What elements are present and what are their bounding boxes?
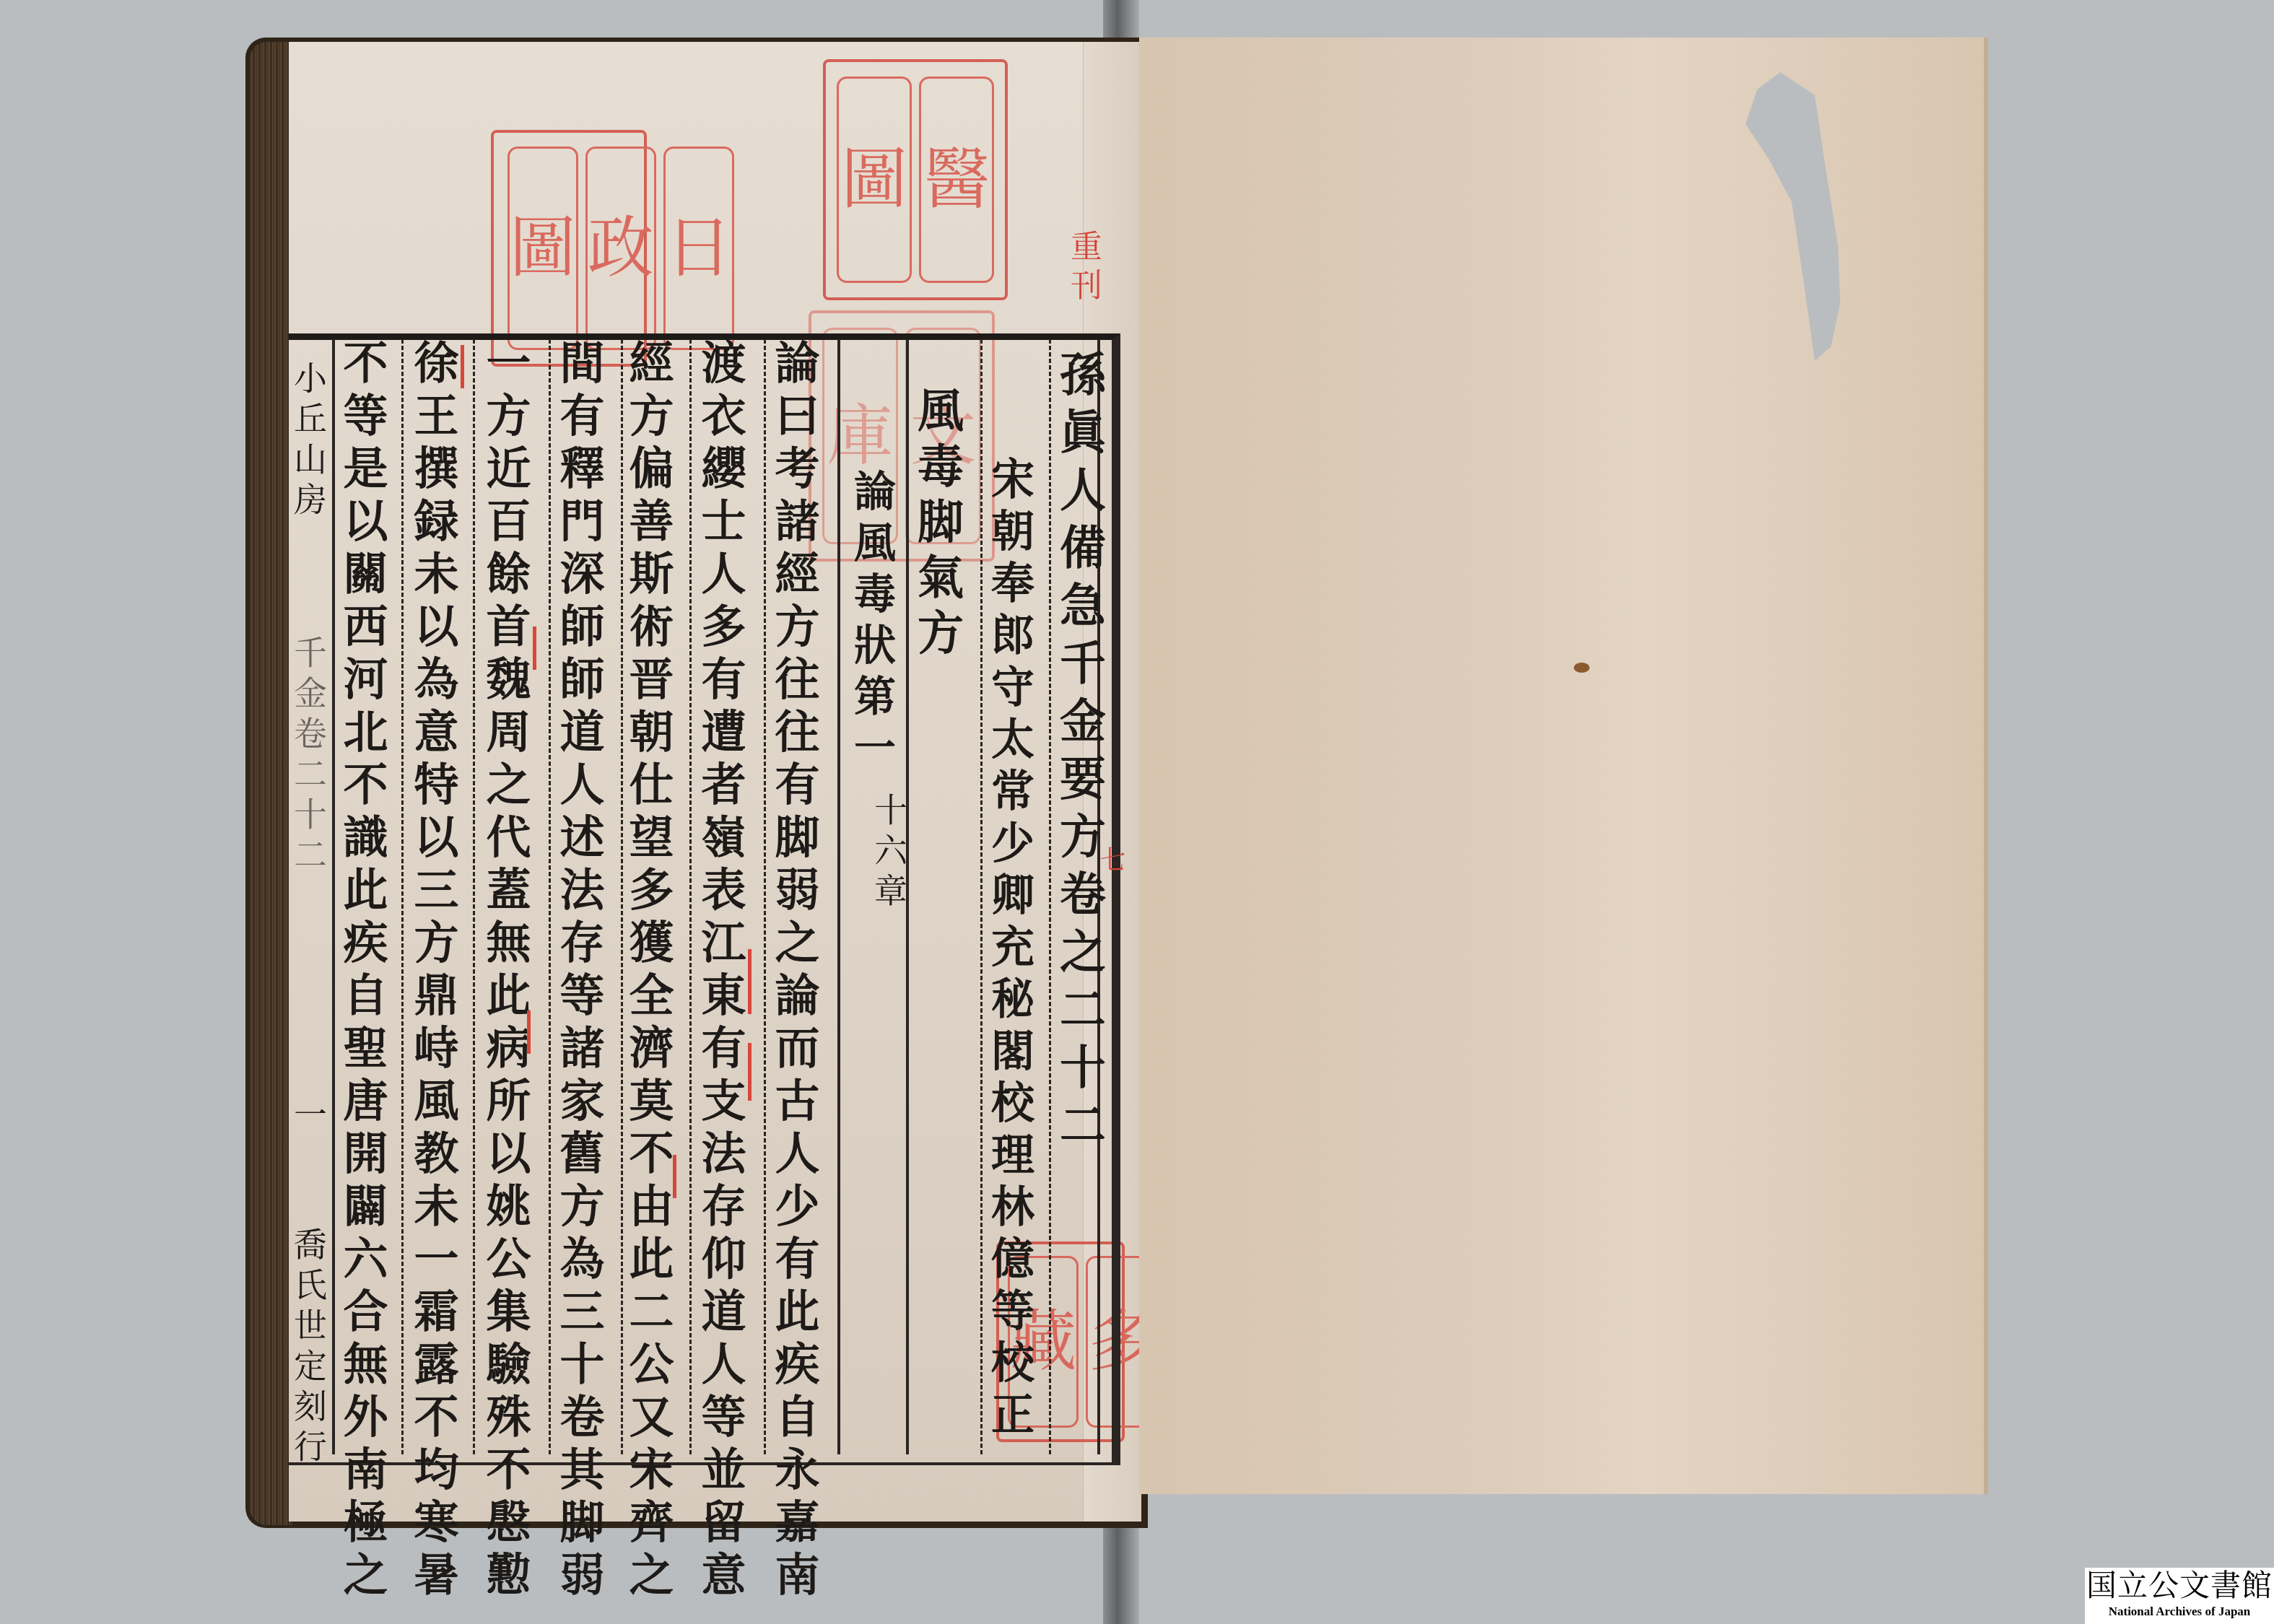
body-column-5: 一方近百餘首魏周之代蓋無此病所以姚公集驗殊不慇懃 <box>482 339 527 1604</box>
margin-note-jukan: 重刊 <box>1067 230 1099 307</box>
red-proper-noun-mark <box>533 627 536 670</box>
body-column-7: 不等是以關西河北不識此疾自聖唐開闢六合無外南極之 <box>339 339 384 1604</box>
margin-studio-name: 小丘山房 <box>292 361 325 523</box>
column-rule <box>332 339 335 1454</box>
volume-title: 孫眞人備急千金要方卷之二十二 <box>1055 350 1102 1158</box>
red-proper-noun-mark <box>748 1043 752 1101</box>
column-rule <box>837 339 840 1454</box>
body-column-4: 間有釋門深師師道人述法存等諸家舊方為三十卷其脚弱 <box>556 339 601 1604</box>
column-rule <box>401 339 404 1454</box>
blank-endpaper <box>1139 38 1988 1494</box>
body-column-2: 渡衣纓士人多有遭者嶺表江東有支法存仰道人等並留意 <box>697 339 742 1604</box>
column-rule <box>689 339 692 1454</box>
seal-igakukan-tosho: 圖醫 <box>823 59 1008 300</box>
body-column-6: 徐王撰録未以為意特以三方鼎峙風教未一霜露不均寒暑 <box>410 339 455 1604</box>
editor-credit: 宋朝奉郎守太常少卿充秘閣校理林億等校正 <box>988 456 1031 1444</box>
body-column-3: 經方偏善斯術晋朝仕望多獲全濟莫不由此二公又宋齊之 <box>625 339 670 1604</box>
chapter-heading: 風毒脚氣方 <box>913 386 959 664</box>
paper-stain <box>1574 663 1590 673</box>
red-proper-noun-mark <box>461 345 464 388</box>
red-proper-noun-mark <box>527 1010 531 1054</box>
column-rule <box>980 339 983 1454</box>
page-stack-edge <box>250 42 292 1525</box>
column-rule <box>764 339 766 1454</box>
body-column-1: 論曰考諸經方往往有脚弱之論而古人少有此疾自永嘉南 <box>771 339 816 1604</box>
margin-page-number: 一 <box>292 1097 325 1138</box>
red-proper-noun-mark <box>673 1155 676 1198</box>
margin-volume-label: 千金卷二十二 <box>292 635 325 878</box>
column-rule <box>473 339 475 1454</box>
watermark-japanese: 国立公文書館 <box>2085 1568 2274 1604</box>
archive-watermark: 国立公文書館 National Archives of Japan <box>2085 1568 2274 1624</box>
section-note: 十六章 <box>872 793 905 914</box>
title-red-annotation: 七 <box>1097 846 1123 879</box>
column-rule <box>549 339 551 1454</box>
column-rule <box>1049 339 1051 1454</box>
seal-nihon-seifu-tosho: 圖政日 <box>491 130 647 367</box>
margin-printer-name: 喬氏世定刻行 <box>292 1227 325 1470</box>
red-proper-noun-mark <box>748 949 752 1014</box>
watermark-english: National Archives of Japan <box>2085 1604 2274 1620</box>
section-heading: 論風毒狀第一 <box>850 469 892 777</box>
